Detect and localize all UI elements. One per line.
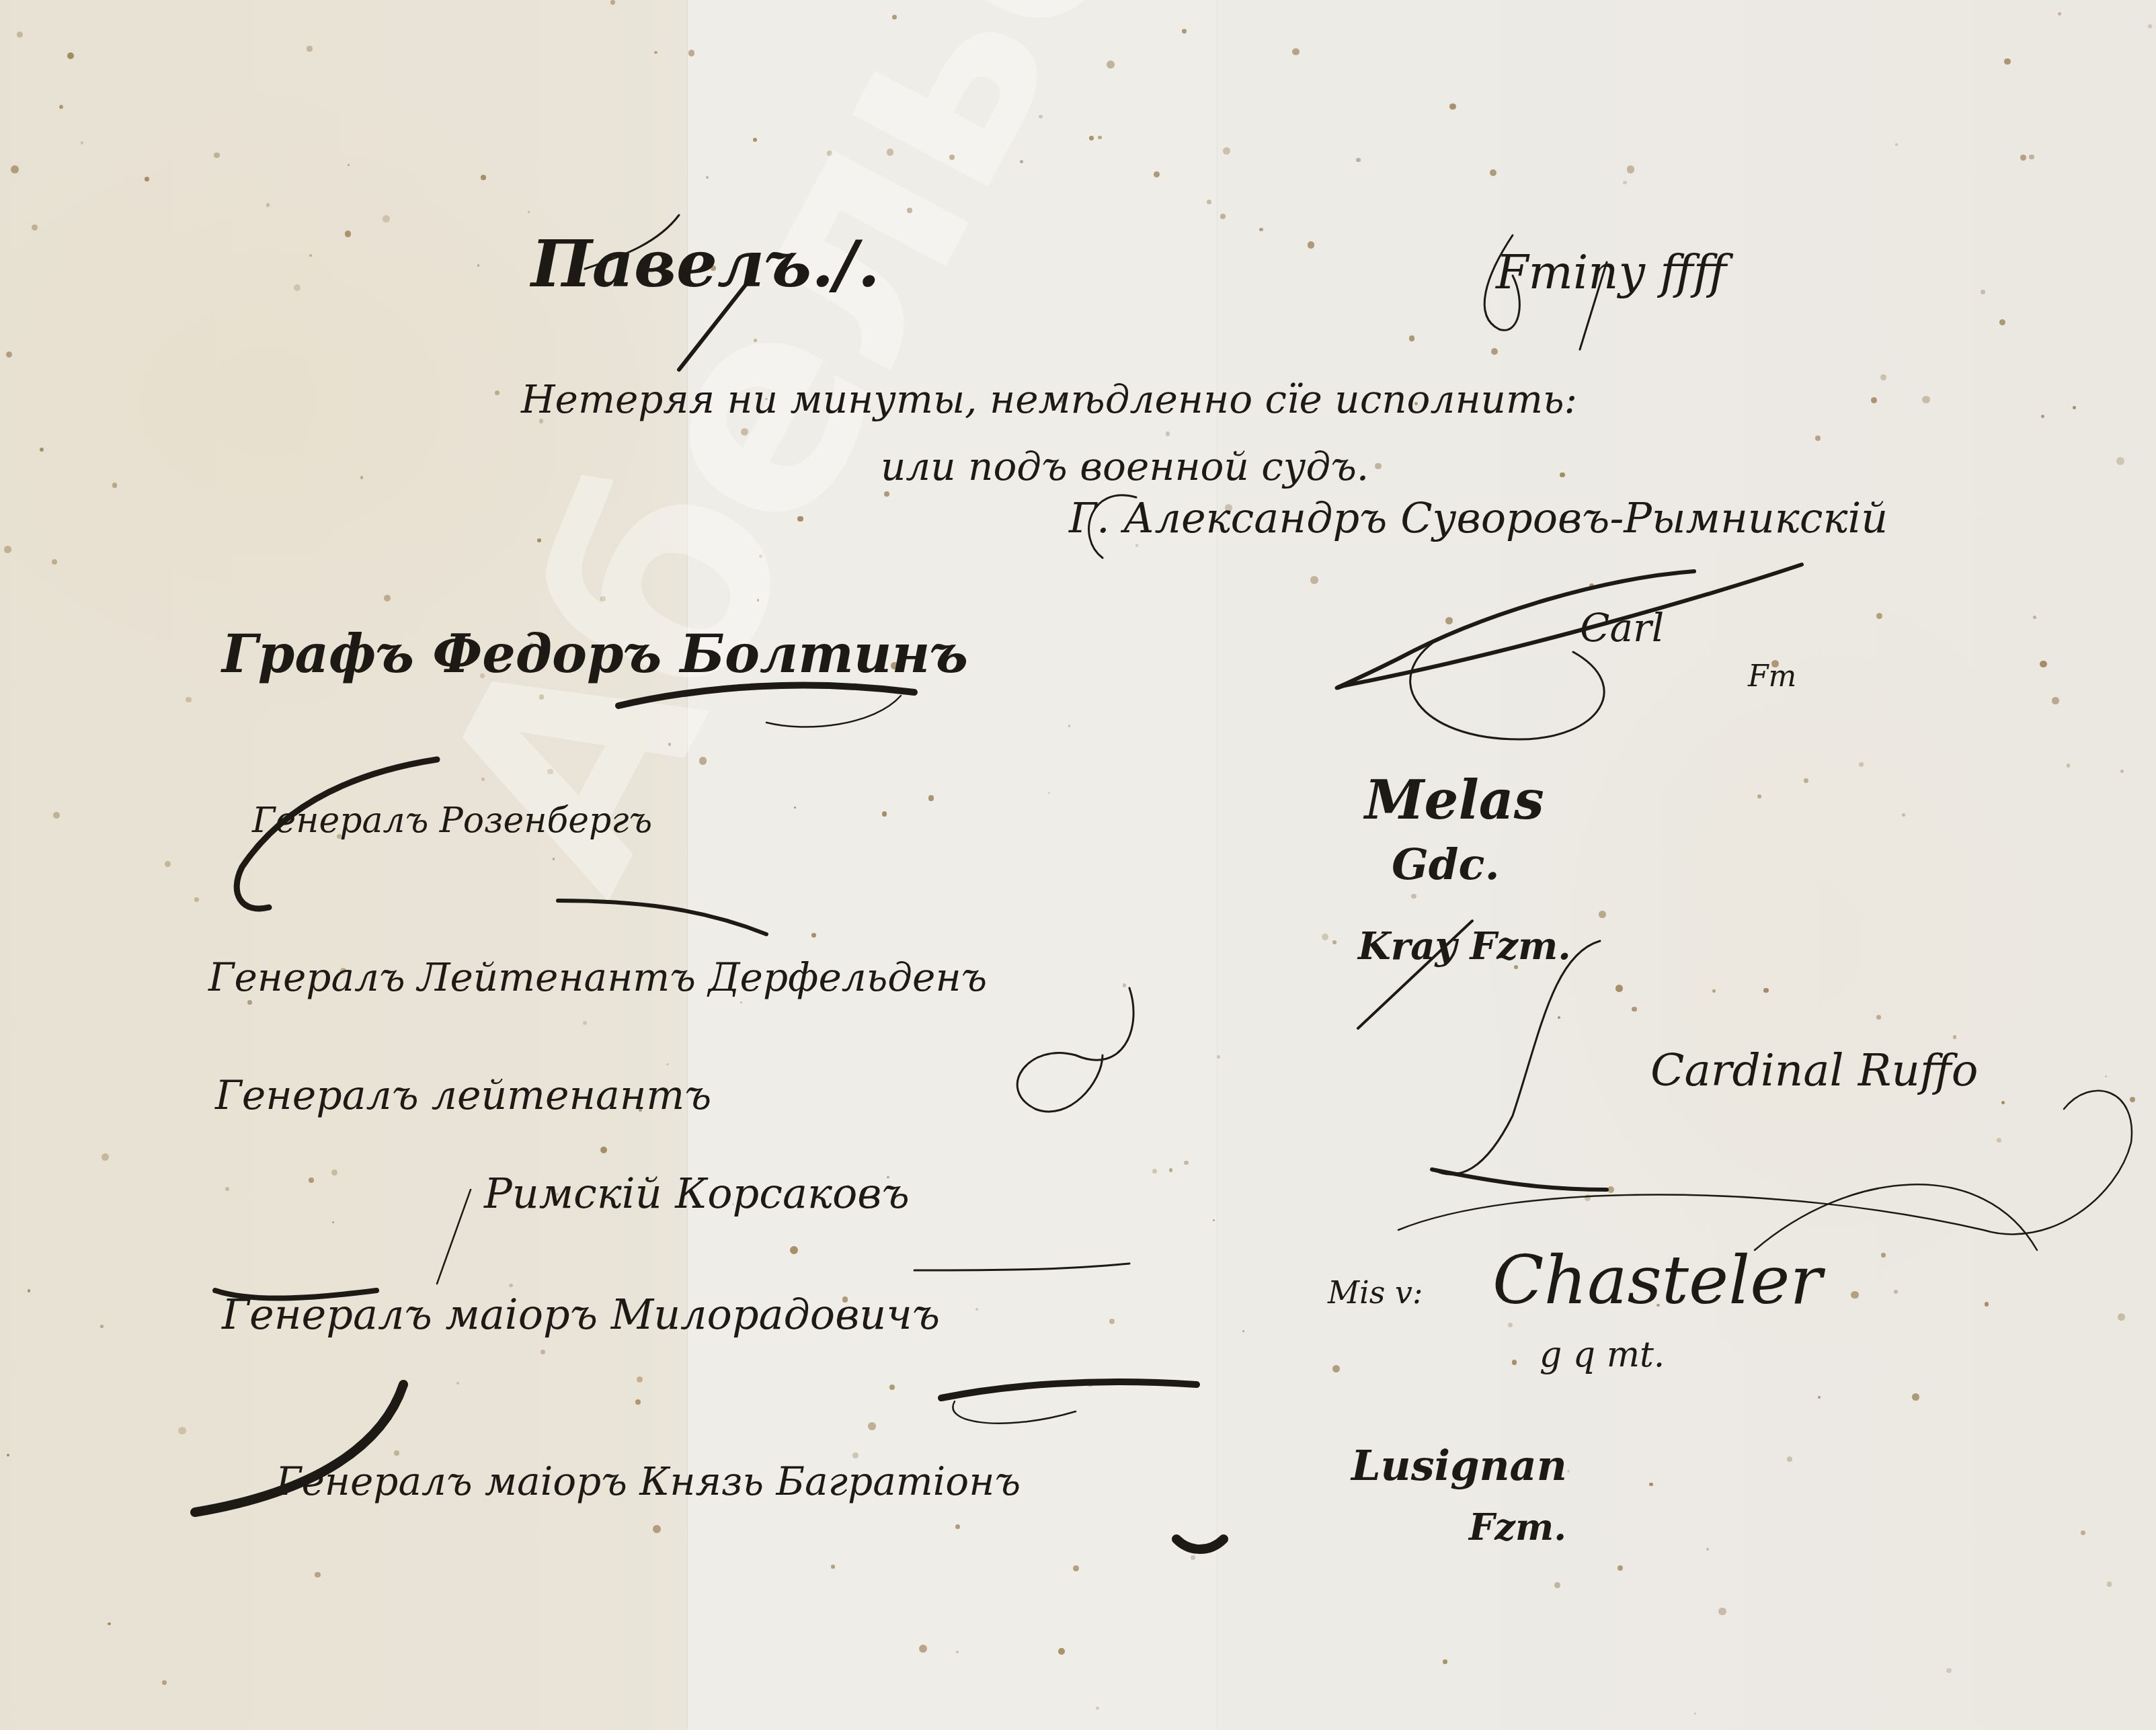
foxing-spot — [797, 516, 803, 522]
foxing-spot — [81, 141, 84, 145]
foxing-spot — [2033, 616, 2036, 619]
signature-melas-rank: Gdc. — [1392, 843, 1500, 887]
foxing-spot — [600, 596, 606, 602]
foxing-spot — [1718, 1608, 1726, 1616]
foxing-spot — [610, 0, 615, 5]
foxing-spot — [919, 1645, 927, 1653]
foxing-spot — [1449, 104, 1455, 110]
signature-flourish — [1318, 551, 1855, 753]
foxing-spot — [247, 1000, 252, 1005]
foxing-spot — [907, 208, 912, 213]
signature-korsakov-line-1: Генералъ лейтенантъ — [215, 1075, 711, 1116]
foxing-spot — [1375, 463, 1381, 469]
signature-flourish — [578, 202, 861, 376]
foxing-spot — [1981, 290, 1985, 294]
foxing-spot — [214, 153, 220, 159]
foxing-spot — [1815, 436, 1821, 441]
signature-flourish — [968, 975, 1170, 1136]
foxing-spot — [2116, 457, 2124, 465]
signature-flourish — [1378, 914, 2151, 1264]
foxing-spot — [666, 1063, 668, 1065]
foxing-spot — [2081, 1530, 2085, 1535]
foxing-spot — [1107, 60, 1115, 69]
foxing-spot — [882, 811, 887, 816]
signature-flourish — [1062, 470, 1264, 565]
foxing-spot — [1554, 1582, 1560, 1588]
foxing-spot — [102, 1153, 109, 1161]
foxing-spot — [266, 203, 270, 207]
foxing-spot — [145, 177, 149, 181]
foxing-spot — [949, 155, 955, 160]
signature-lusignan-rank: Fzm. — [1469, 1509, 1566, 1545]
foxing-spot — [1694, 1713, 1696, 1715]
foxing-spot — [2120, 770, 2124, 773]
foxing-spot — [40, 448, 44, 452]
foxing-spot — [928, 795, 934, 801]
foxing-spot — [17, 32, 23, 38]
signature-chasteler-rank: g q mt. — [1540, 1337, 1665, 1372]
foxing-spot — [309, 1178, 314, 1183]
signature-flourish — [538, 659, 941, 746]
foxing-spot — [811, 933, 816, 938]
foxing-spot — [1223, 147, 1230, 155]
order-line-1: Нетеряя ни минуты, немѣдленно сїе исполн… — [521, 380, 1577, 419]
foxing-spot — [1627, 165, 1635, 173]
signature-lusignan: Lusignan — [1351, 1445, 1567, 1487]
manuscript-sheet: Абельбукс Павелъ./. Fminy ffff Нетеряя н… — [0, 0, 2156, 1730]
foxing-spot — [1895, 143, 1898, 146]
foxing-spot — [1859, 762, 1864, 767]
foxing-spot — [1999, 319, 2005, 325]
foxing-spot — [757, 599, 759, 601]
foxing-spot — [1411, 894, 1416, 899]
foxing-spot — [1880, 374, 1886, 380]
signature-flourish — [1445, 222, 1701, 356]
foxing-spot — [345, 231, 352, 237]
foxing-spot — [1623, 181, 1626, 184]
foxing-spot — [1851, 1291, 1858, 1299]
foxing-spot — [2107, 1581, 2112, 1586]
foxing-spot — [28, 1289, 30, 1292]
foxing-spot — [194, 897, 198, 901]
foxing-spot — [2052, 697, 2059, 704]
foxing-spot — [1322, 934, 1328, 940]
foxing-spot — [1292, 48, 1299, 55]
foxing-spot — [2040, 661, 2047, 668]
foxing-spot — [112, 483, 117, 487]
foxing-spot — [1876, 613, 1882, 619]
foxing-spot — [331, 1169, 337, 1176]
foxing-spot — [495, 390, 500, 395]
foxing-spot — [1332, 940, 1336, 944]
foxing-spot — [1922, 396, 1930, 404]
foxing-spot — [360, 476, 363, 479]
foxing-spot — [528, 211, 530, 213]
foxing-spot — [1560, 472, 1564, 477]
foxing-spot — [1039, 115, 1042, 118]
foxing-spot — [1166, 431, 1170, 436]
signature-flourish — [215, 746, 793, 941]
signature-derfelden: Генералъ Лейтенантъ Дерфельденъ — [208, 958, 987, 997]
foxing-spot — [2020, 155, 2026, 161]
foxing-spot — [1409, 335, 1415, 341]
foxing-spot — [1985, 1302, 1989, 1306]
foxing-spot — [1058, 1648, 1065, 1655]
foxing-spot — [956, 1651, 959, 1653]
foxing-spot — [706, 176, 709, 179]
signature-chasteler: Chasteler — [1492, 1247, 1822, 1314]
foxing-spot — [52, 559, 57, 565]
foxing-spot — [59, 105, 63, 109]
foxing-spot — [1154, 171, 1160, 177]
signature-flourish — [182, 1364, 1230, 1579]
foxing-spot — [2041, 415, 2044, 418]
foxing-spot — [1356, 158, 1360, 162]
foxing-spot — [1871, 397, 1877, 403]
foxing-spot — [307, 46, 313, 52]
foxing-spot — [2029, 155, 2034, 160]
foxing-spot — [1332, 1365, 1340, 1372]
foxing-spot — [2067, 764, 2070, 767]
foxing-spot — [1443, 1659, 1447, 1664]
signature-chasteler-prefix: Mis v: — [1328, 1277, 1423, 1308]
foxing-spot — [481, 175, 486, 180]
foxing-spot — [887, 149, 893, 155]
foxing-spot — [309, 254, 312, 257]
foxing-spot — [1508, 1323, 1513, 1327]
foxing-spot — [1207, 200, 1211, 204]
signature-melas: Melas — [1365, 773, 1544, 827]
foxing-spot — [1912, 1393, 1919, 1401]
foxing-spot — [2073, 406, 2076, 409]
foxing-spot — [2118, 1313, 2124, 1320]
foxing-spot — [654, 51, 657, 54]
foxing-spot — [108, 1622, 111, 1626]
